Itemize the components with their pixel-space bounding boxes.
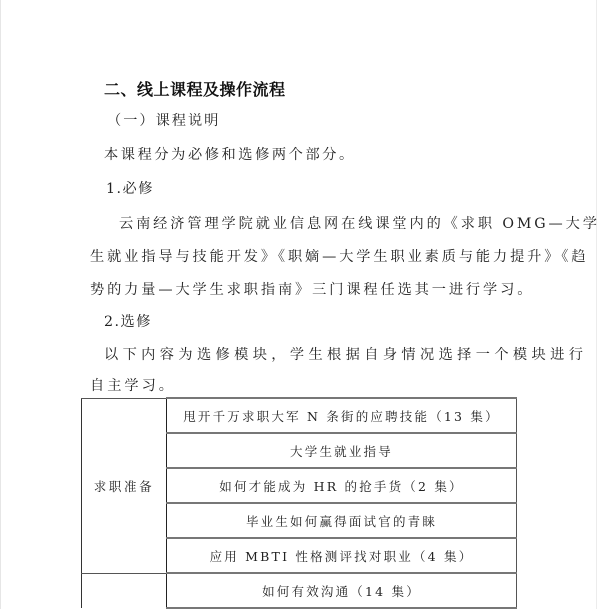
course-cell: 甩开千万求职大军 N 条街的应聘技能（13 集） — [167, 398, 517, 433]
required-paragraph-line-2: 生就业指导与技能开发》《职嫡—大学生职业素质与能力提升》《趋 — [90, 246, 588, 266]
required-heading: 1.必修 — [106, 178, 154, 198]
required-paragraph-line-1: 云南经济管理学院就业信息网在线课堂内的《求职 OMG—大学 — [119, 213, 597, 233]
elective-modules-table: 求职准备 甩开千万求职大军 N 条街的应聘技能（13 集） 大学生就业指导 如何… — [81, 397, 517, 609]
elective-paragraph-line-2: 自主学习。 — [90, 375, 176, 395]
course-cell: 应用 MBTI 性格测评找对职业（4 集） — [167, 538, 517, 573]
elective-paragraph-line-1: 以下内容为选修模块，学生根据自身情况选择一个模块进行 — [104, 344, 587, 364]
table-row: 求职准备 甩开千万求职大军 N 条街的应聘技能（13 集） — [82, 398, 517, 433]
category-cell: 求职准备 — [82, 398, 167, 573]
category-cell — [82, 573, 167, 608]
course-cell: 如何有效沟通（14 集） — [167, 573, 517, 608]
course-cell: 如何才能成为 HR 的抢手货（2 集） — [167, 468, 517, 503]
page-edge-left — [0, 0, 1, 609]
intro-paragraph: 本课程分为必修和选修两个部分。 — [104, 144, 356, 164]
elective-heading: 2.选修 — [104, 311, 152, 331]
required-paragraph-line-3: 势的力量—大学生求职指南》三门课程任选其一进行学习。 — [90, 279, 534, 299]
course-cell: 大学生就业指导 — [167, 433, 517, 468]
table-row: 如何有效沟通（14 集） — [82, 573, 517, 608]
course-cell: 毕业生如何赢得面试官的青睐 — [167, 503, 517, 538]
subsection-title: （一）课程说明 — [107, 110, 220, 130]
section-title: 二、线上课程及操作流程 — [104, 77, 286, 100]
